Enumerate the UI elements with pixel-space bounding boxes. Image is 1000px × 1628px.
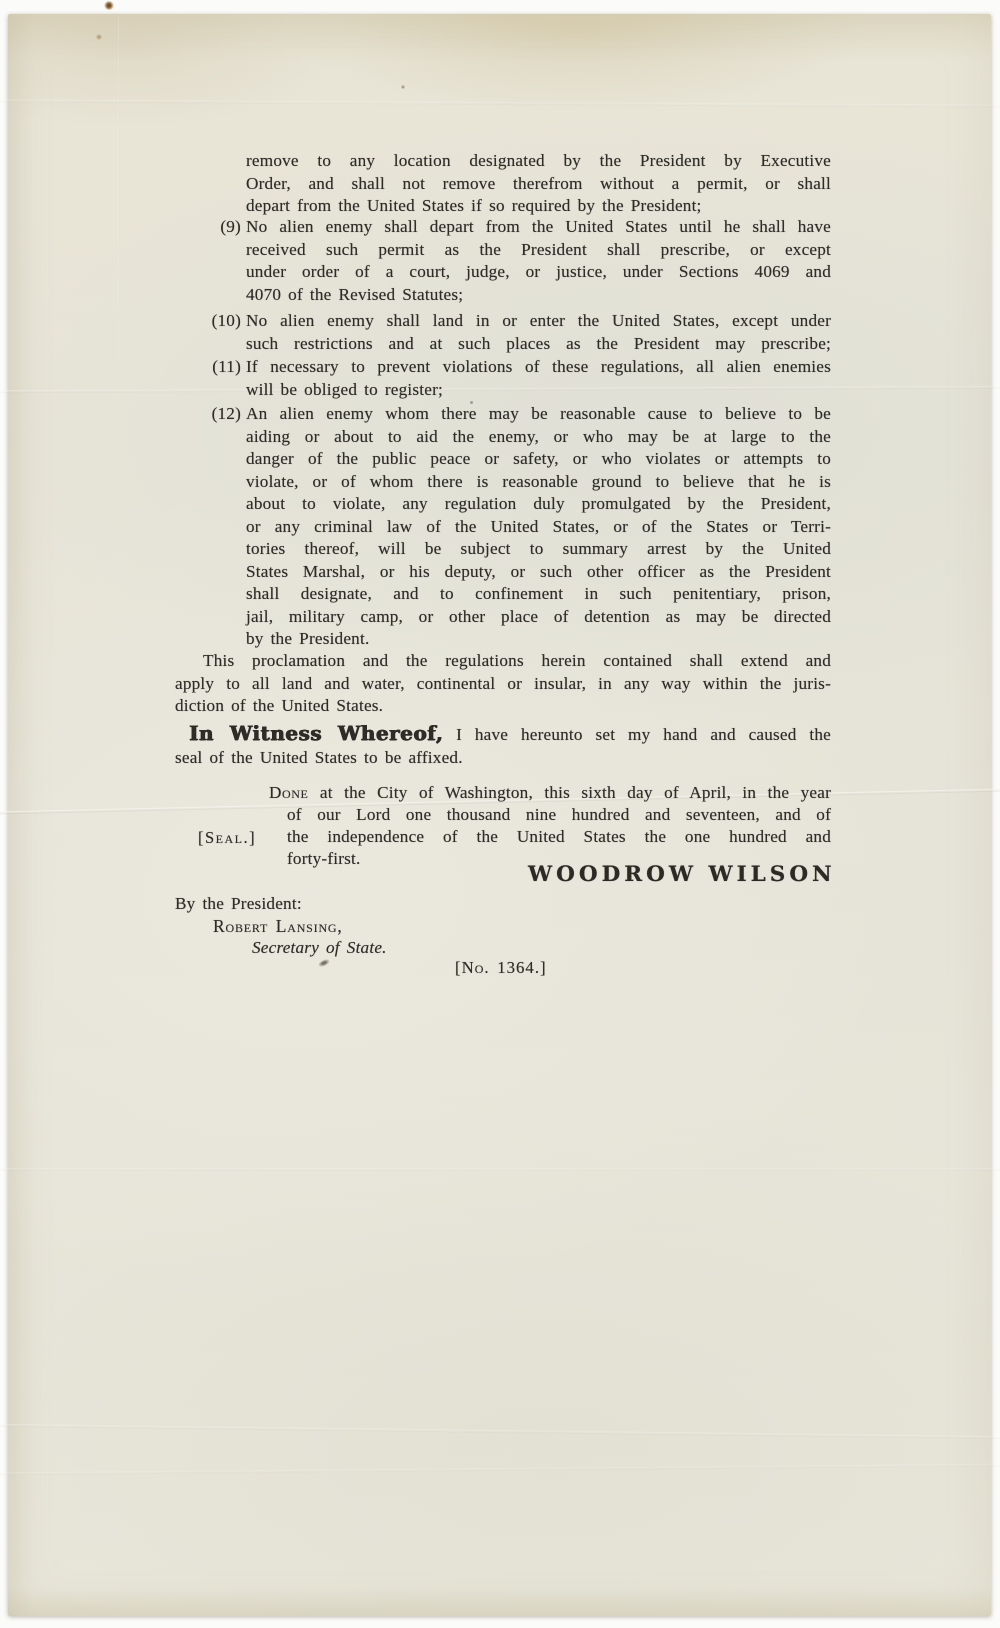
text-line: No alien enemy shall land in or enter th… — [246, 310, 831, 333]
text-line: or any criminal law of the United States… — [246, 516, 831, 539]
done-paragraph: Done at the City of Washington, this six… — [269, 782, 831, 870]
fold-crease-vertical — [118, 16, 120, 416]
text-line: seal of the United States to be affixed. — [175, 747, 831, 770]
by-president-line: By the President: — [175, 893, 302, 916]
closing-paragraph: This proclamation and the regulations he… — [175, 650, 831, 718]
text-line: will be obliged to register; — [246, 379, 831, 402]
text-line: about to violate, any regulation duly pr… — [246, 493, 831, 516]
item-number: (9) — [175, 216, 241, 239]
text-line: danger of the public peace or safety, or… — [246, 448, 831, 471]
text-line: No alien enemy shall depart from the Uni… — [246, 216, 831, 239]
list-item-11: (11) If necessary to prevent violations … — [175, 356, 831, 401]
text-line: If necessary to prevent violations of th… — [246, 356, 831, 379]
item-number: (11) — [175, 356, 241, 379]
list-item-10: (10) No alien enemy shall land in or ent… — [175, 310, 831, 355]
fold-crease-lower — [0, 1168, 1000, 1171]
done-rest: at the City of Washington, this sixth da… — [320, 783, 831, 802]
text-line: In Witness Whereof, I have hereunto set … — [175, 722, 831, 747]
president-signature: WOODROW WILSON — [528, 862, 836, 887]
text-line: received such permit as the President sh… — [246, 239, 831, 262]
text-line: shall designate, and to confinement in s… — [246, 583, 831, 606]
text-line: tories thereof, will be subject to summa… — [246, 538, 831, 561]
text-line: depart from the United States if so requ… — [246, 195, 831, 218]
item-number: (12) — [175, 403, 241, 426]
seal-notation: [Seal.] — [198, 827, 256, 850]
text-line: remove to any location designated by the… — [246, 150, 831, 173]
stain-spot — [104, 1, 114, 10]
witness-paragraph: In Witness Whereof, I have hereunto set … — [175, 722, 831, 769]
text-line: aiding or about to aid the enemy, or who… — [246, 426, 831, 449]
text-line: Done at the City of Washington, this six… — [269, 782, 831, 804]
scanned-document: remove to any location designated by the… — [0, 0, 1000, 1628]
text-line: such restrictions and at such places as … — [246, 333, 831, 356]
list-item-12: (12) An alien enemy whom there may be re… — [175, 403, 831, 651]
paper-speck — [401, 85, 405, 89]
item-8-continuation: remove to any location designated by the… — [246, 150, 831, 218]
secretary-name: Robert Lansing, — [213, 915, 343, 938]
done-word: Done — [269, 783, 308, 802]
text-line: jail, military camp, or other place of d… — [246, 606, 831, 629]
document-number: [No. 1364.] — [455, 957, 547, 980]
text-line: Order, and shall not remove therefrom wi… — [246, 173, 831, 196]
item-number: (10) — [175, 310, 241, 333]
text-line: under order of a court, judge, or justic… — [246, 261, 831, 284]
text-line: violate, or of whom there is reasonable … — [246, 471, 831, 494]
blackletter-phrase: In Witness Whereof, — [189, 721, 443, 745]
stain-spot-small — [96, 34, 102, 40]
text-line: by the President. — [246, 628, 831, 651]
list-item-9: (9) No alien enemy shall depart from the… — [175, 216, 831, 306]
text-line: 4070 of the Revised Statutes; — [246, 284, 831, 307]
text-line: States Marshal, or his deputy, or such o… — [246, 561, 831, 584]
witness-rest: I have hereunto set my hand and caused t… — [456, 725, 831, 744]
text-line: of our Lord one thousand nine hundred an… — [269, 804, 831, 826]
text-line: diction of the United States. — [175, 695, 831, 718]
text-line: apply to all land and water, continental… — [175, 673, 831, 696]
text-line: An alien enemy whom there may be reasona… — [246, 403, 831, 426]
secretary-title: Secretary of State. — [252, 937, 387, 960]
text-line: the independence of the United States th… — [269, 826, 831, 848]
text-line: This proclamation and the regulations he… — [175, 650, 831, 673]
